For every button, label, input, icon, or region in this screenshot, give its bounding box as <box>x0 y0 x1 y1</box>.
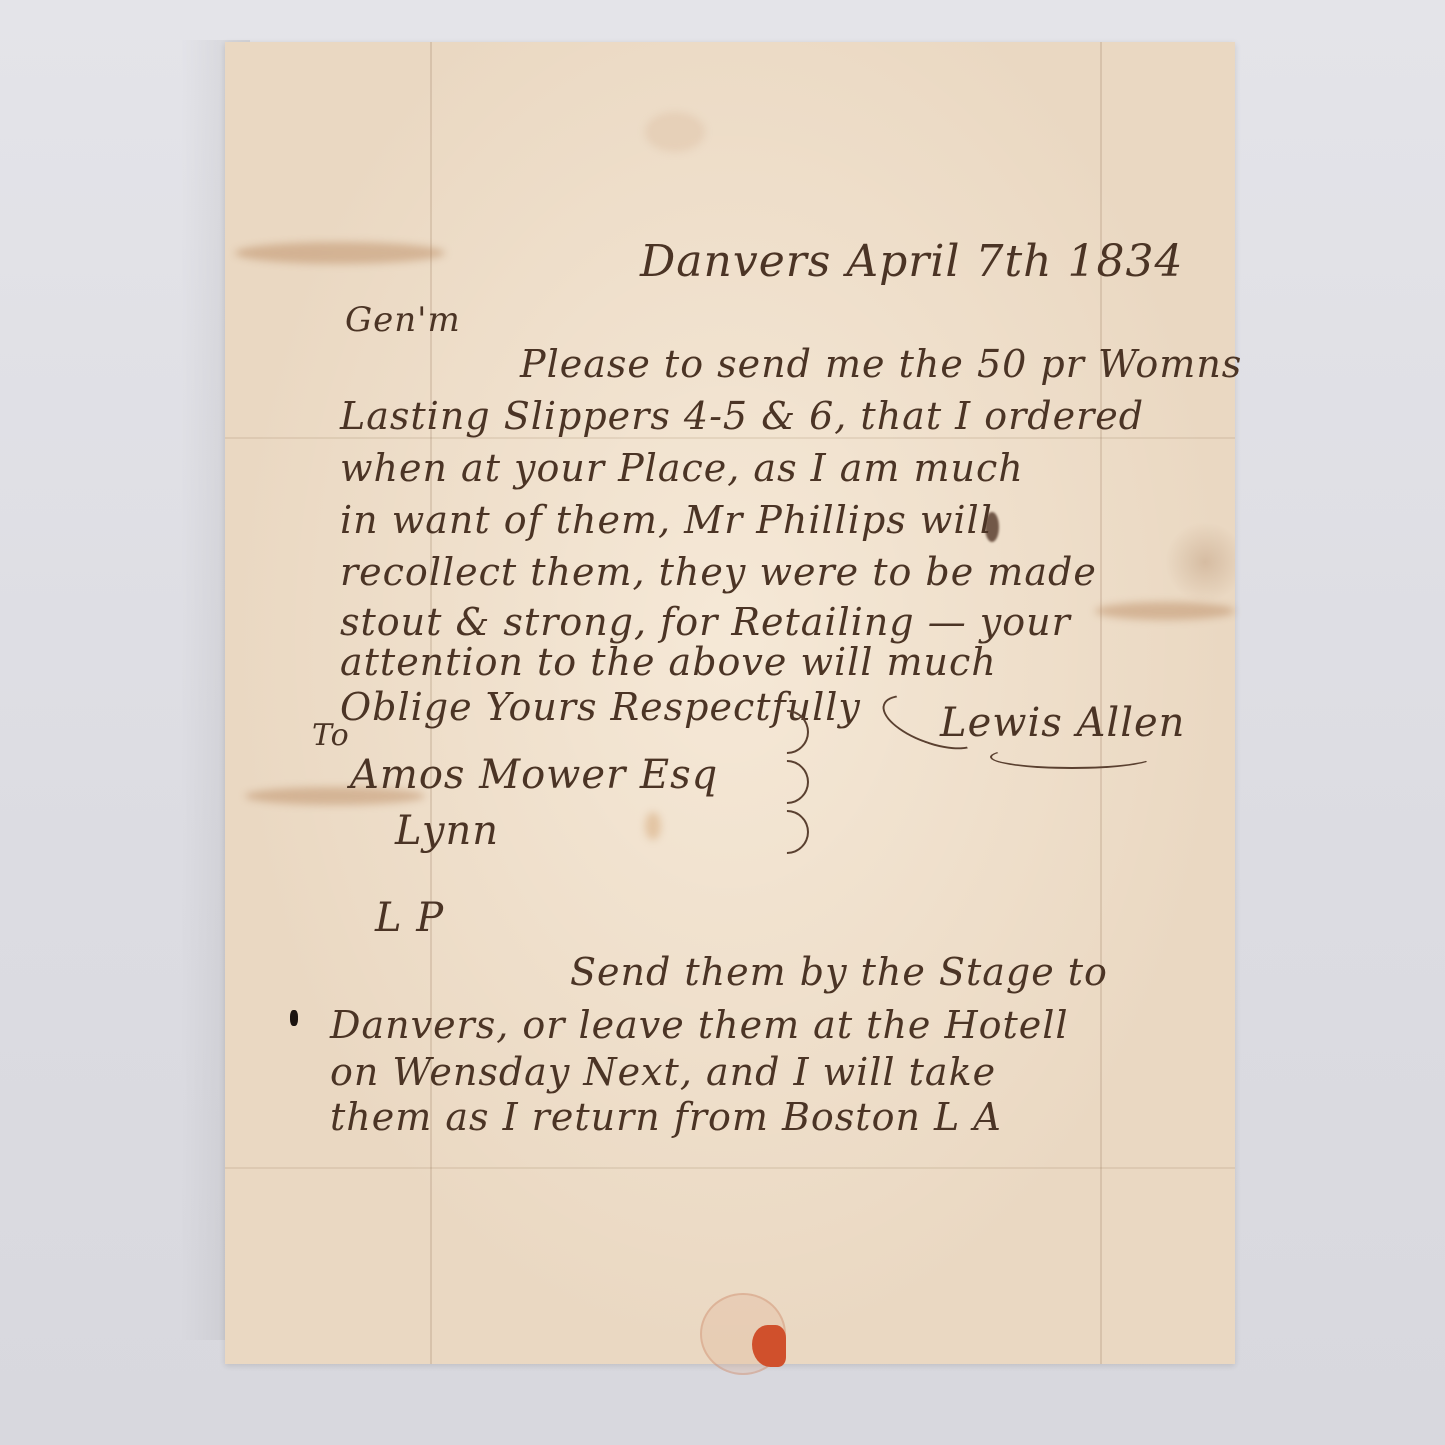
postscript-initials: L P <box>375 895 444 941</box>
letter-date: Danvers April 7th 1834 <box>640 236 1183 287</box>
letter-place: Danvers <box>640 236 831 287</box>
body-line: recollect them, they were to be made <box>340 550 1097 594</box>
addressee-name: Amos Mower Esq <box>350 752 718 798</box>
body-line: attention to the above will much <box>340 640 997 684</box>
addressee-place: Lynn <box>395 808 499 854</box>
body-line: when at your Place, as I am much <box>340 446 1024 490</box>
body-line: Lasting Slippers 4-5 & 6, that I ordered <box>340 394 1144 438</box>
body-line: in want of them, Mr Phillips will <box>340 498 993 542</box>
postscript-line: Send them by the Stage to <box>570 950 1108 994</box>
body-line: stout & strong, for Retailing — your <box>340 600 1071 644</box>
postscript-line: on Wensday Next, and I will take <box>330 1050 996 1094</box>
stain <box>645 112 705 152</box>
postscript-line: Danvers, or leave them at the Hotell <box>330 1003 1069 1047</box>
stain <box>235 242 445 264</box>
stain <box>1095 602 1235 620</box>
ink-blot <box>290 1010 298 1026</box>
body-line: Please to send me the 50 pr Womns <box>520 342 1242 386</box>
signature-underline <box>990 745 1154 769</box>
stain <box>645 812 661 840</box>
fold-line-lower <box>225 1167 1235 1169</box>
addressee-prefix: To <box>312 718 350 753</box>
red-wax-seal <box>752 1325 786 1367</box>
salutation: Gen'm <box>345 300 461 340</box>
postscript-line: them as I return from Boston L A <box>330 1095 1002 1139</box>
letter-date-text: April 7th 1834 <box>846 236 1183 287</box>
